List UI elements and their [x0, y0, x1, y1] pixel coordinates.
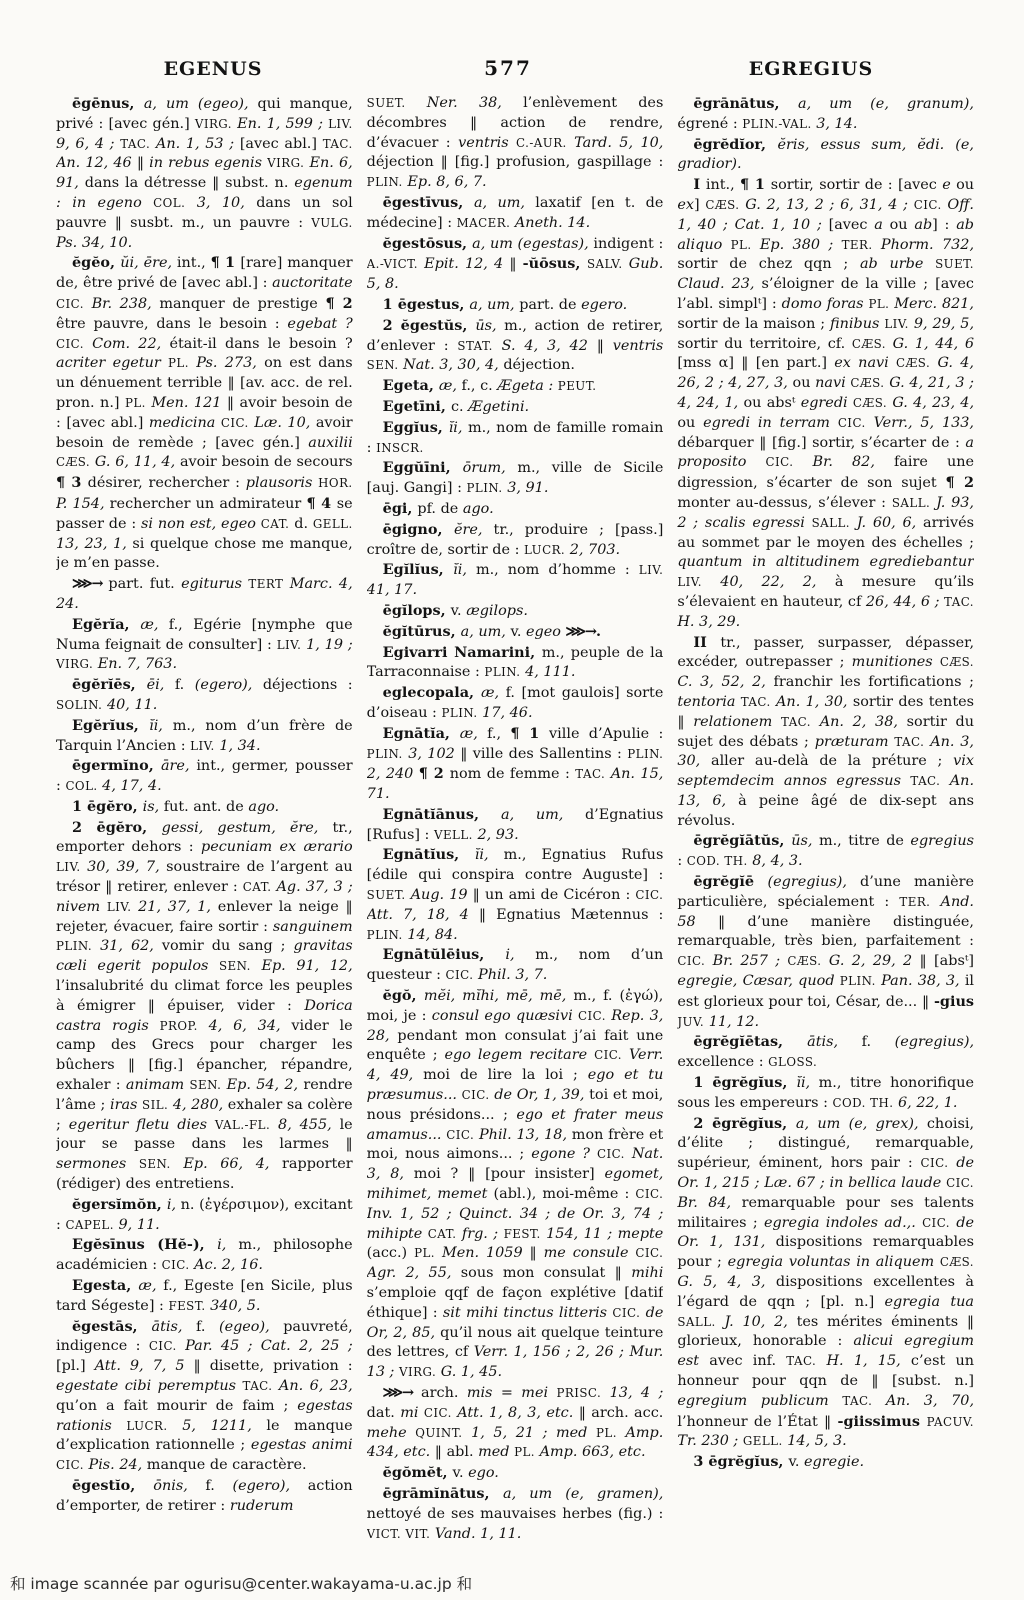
dictionary-entry: ĕgestōsus, a, um (egestas), indigent : A…: [367, 234, 664, 295]
dictionary-entry: Egivarri Namarini, m., peuple de la Tarr…: [367, 643, 664, 684]
dictionary-entry: Egnātĭa, æ, f., ¶ 1 ville d’Apulie : PLI…: [367, 724, 664, 805]
dictionary-entry: ēgēnus, a, um (egeo), qui manque, privé …: [56, 94, 353, 253]
dictionary-entry: Egnātŭlēius, i, m., nom d’un questeur : …: [367, 945, 664, 986]
dictionary-entry: ĕgŏ, mĕi, mĭhi, mē, mē, m., f. (ἐγώ), mo…: [367, 986, 664, 1383]
dictionary-column-3: ēgrānātus, a, um (e, granum), égrené : P…: [677, 94, 974, 1542]
dictionary-entry: ēgrāmĭnātus, a, um (e, gramen), nettoyé …: [367, 1484, 664, 1542]
running-head-right: EGREGIUS: [658, 58, 964, 80]
dictionary-column-2: SUET. Ner. 38, l’enlèvement des décombre…: [367, 94, 664, 1542]
dictionary-entry: ēgrĕgĭātŭs, ūs, m., titre de egregius : …: [677, 831, 974, 872]
dictionary-entry: Egetīni, c. Ægetini.: [367, 397, 664, 418]
dictionary-entry: Eggŭīni, ōrum, m., ville de Sicile [auj.…: [367, 458, 664, 499]
dictionary-entry: ĕgersĭmŏn, i, n. (ἐγέρσιμον), excitant :…: [56, 1195, 353, 1236]
dictionary-entry: 1 ēgestus, a, um, part. de egero.: [367, 295, 664, 316]
dictionary-entry: Egnātĭus, ĭi, m., Egnatius Rufus [édile …: [367, 845, 664, 945]
dictionary-entry: Egĕsīnus (Hĕ-), i, m., philosophe académ…: [56, 1235, 353, 1276]
scan-attribution: 和 image scannée par ogurisu@center.wakay…: [10, 1572, 472, 1594]
dictionary-entry: Egeta, æ, f., c. Ægeta : PEUT.: [367, 376, 664, 397]
dictionary-entry: II tr., passer, surpasser, dépasser, exc…: [677, 633, 974, 832]
dictionary-entry: ĕgestās, ātis, f. (egeo), pauvreté, indi…: [56, 1317, 353, 1476]
dictionary-entry: ēgrĕgĭētas, ātis, f. (egregius), excelle…: [677, 1032, 974, 1073]
dictionary-entry: ĕgŏmĕt, v. ego.: [367, 1463, 664, 1484]
dictionary-entry: eglecopala, æ, f. [mot gaulois] sorte d’…: [367, 683, 664, 724]
dictionary-entry: 1 ēgĕro, is, fut. ant. de ago.: [56, 797, 353, 818]
dictionary-entry: 2 ēgĕro, gessi, gestum, ĕre, tr., emport…: [56, 818, 353, 1195]
dictionary-entry: ĕgĭtūrus, a, um, v. egeo ⋙→.: [367, 622, 664, 643]
dictionary-entry: ēgrĕgĭē (egregius), d’une manière partic…: [677, 872, 974, 1032]
dictionary-entry: 2 ēgrĕgĭus, a, um (e, grex), choisi, d’é…: [677, 1114, 974, 1453]
dictionary-entry: 1 ēgrĕgĭus, ĭi, m., titre honorifique so…: [677, 1073, 974, 1114]
dictionary-entry: ēgrānātus, a, um (e, granum), égrené : P…: [677, 94, 974, 135]
dictionary-entry: ēgermĭno, āre, int., germer, pousser : C…: [56, 756, 353, 797]
dictionary-entry: Egĕrĭus, ĭi, m., nom d’un frère de Tarqu…: [56, 716, 353, 757]
dictionary-entry: ēgestīvus, a, um, laxatif [en t. de méde…: [367, 193, 664, 234]
dictionary-entry: ēgĕrĭēs, ēi, f. (egero), déjections : SO…: [56, 675, 353, 716]
dictionary-entry: ⋙→ arch. mis = mei PRISC. 13, 4 ; dat. m…: [367, 1383, 664, 1463]
dictionary-entry: ēgestĭo, ōnis, f. (egero), action d’empo…: [56, 1476, 353, 1517]
dictionary-entry: 3 ēgrĕgĭus, v. egregie.: [677, 1452, 974, 1473]
dictionary-entry: Egesta, æ, f., Egeste [en Sicile, plus t…: [56, 1276, 353, 1317]
running-head-left: EGENUS: [68, 58, 358, 80]
dictionary-entry: SUET. Ner. 38, l’enlèvement des décombre…: [367, 94, 664, 193]
dictionary-entry: Egĭlĭus, ĭi, m., nom d’homme : LIV. 41, …: [367, 560, 664, 601]
dictionary-entry: Egĕrĭa, æ, f., Egérie [nymphe que Numa f…: [56, 615, 353, 675]
dictionary-page-scan: EGENUS 577 EGREGIUS ēgēnus, a, um (egeo)…: [0, 0, 1024, 1600]
dictionary-entry: Eggĭus, ĭi, m., nom de famille romain : …: [367, 418, 664, 459]
dictionary-entry: ēgi, pf. de ago.: [367, 499, 664, 520]
dictionary-entry: ēgigno, ĕre, tr., produire ; [pass.] cro…: [367, 520, 664, 561]
dictionary-entry: ⋙→ part. fut. egiturus TERT Marc. 4, 24.: [56, 574, 353, 615]
dictionary-entry: ēgĭlops, v. ægilops.: [367, 601, 664, 622]
dictionary-entry: I int., ¶ 1 sortir, sortir de : [avec e …: [677, 175, 974, 632]
running-head: EGENUS 577 EGREGIUS: [0, 0, 1024, 80]
text-columns: ēgēnus, a, um (egeo), qui manque, privé …: [0, 80, 1024, 1542]
dictionary-column-1: ēgēnus, a, um (egeo), qui manque, privé …: [56, 94, 353, 1542]
dictionary-entry: 2 ĕgestŭs, ūs, m., action de retirer, d’…: [367, 316, 664, 376]
dictionary-entry: ĕgĕo, ŭi, ēre, int., ¶ 1 [rare] manquer …: [56, 253, 353, 574]
page-number: 577: [358, 56, 658, 80]
dictionary-entry: Egnātĭānus, a, um, d’Egnatius [Rufus] : …: [367, 805, 664, 846]
dictionary-entry: ēgrĕdĭor, ĕris, essus sum, ĕdi. (e, grad…: [677, 135, 974, 176]
